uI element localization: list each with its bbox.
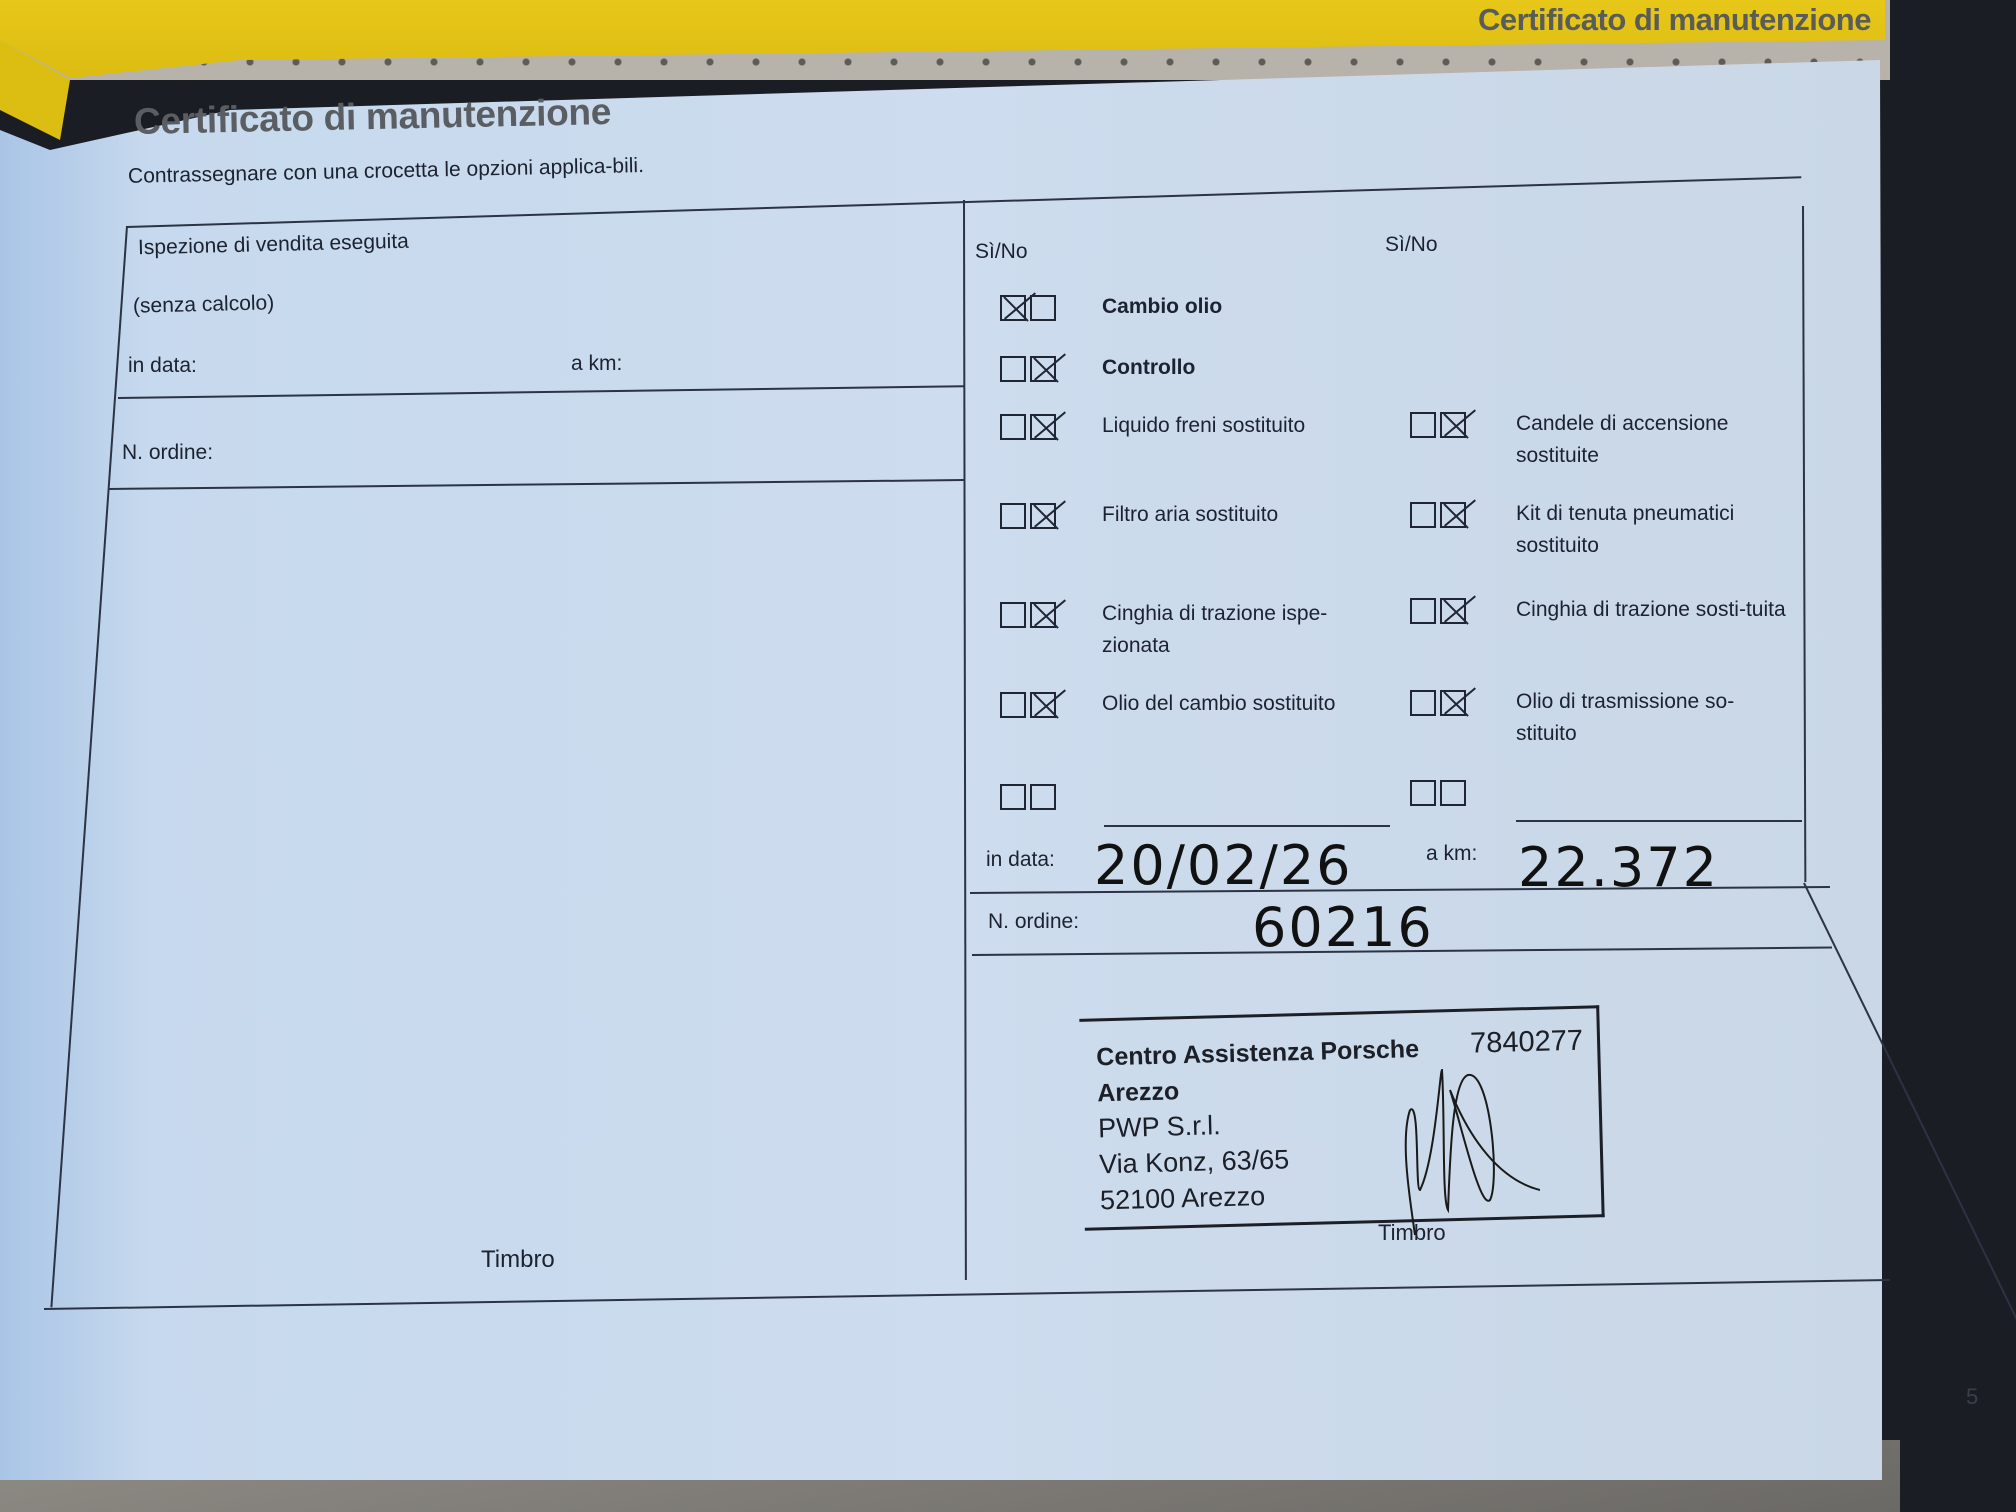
no-checkbox[interactable] [1440,412,1466,438]
no-checkbox[interactable] [1440,598,1466,624]
yes-no-checkbox-pair [1000,295,1056,321]
yes-no-header-right: Sì/No [1385,233,1438,257]
yes-checkbox[interactable] [1000,692,1026,718]
yes-no-checkbox-pair [1410,690,1466,716]
no-checkbox[interactable] [1440,502,1466,528]
no-checkbox[interactable] [1030,414,1056,440]
certificate-page [0,60,1882,1480]
blank-item-underline-left [1104,825,1390,827]
no-checkbox[interactable] [1030,356,1056,382]
no-checkbox[interactable] [1030,692,1056,718]
yes-checkbox[interactable] [1410,690,1436,716]
maintenance-item-label: Cinghia di trazione ispe-​zionata [1102,598,1362,662]
yes-no-checkbox-pair [1000,356,1056,382]
right-date-label: in data: [986,848,1055,872]
yes-no-header-left: Sì/No [975,240,1028,264]
stamp-line-1: Centro Assistenza Porsche [1096,1035,1419,1072]
no-checkbox[interactable] [1440,690,1466,716]
yes-no-checkbox-pair [1000,784,1056,810]
yes-no-checkbox-pair [1000,503,1056,529]
left-date-label: in data: [128,354,197,378]
left-stamp-label: Timbro [481,1246,555,1274]
right-stamp-label: Timbro [1378,1220,1446,1246]
left-km-label: a km: [571,352,622,376]
stamp-line-2: Arezzo [1097,1077,1180,1108]
maintenance-item-label: Cinghia di trazione sosti-​tuita [1516,594,1786,626]
stamp-line-4: Via Konz, 63/65 [1099,1144,1290,1180]
maintenance-item-label: Filtro aria sostituito [1102,499,1362,531]
no-checkbox[interactable] [1030,602,1056,628]
yes-checkbox[interactable] [1410,502,1436,528]
right-km-label: a km: [1426,842,1477,866]
yes-no-checkbox-pair [1000,602,1056,628]
yes-checkbox[interactable] [1000,295,1026,321]
maintenance-item-label: Olio del cambio sostituito [1102,688,1362,720]
yes-checkbox[interactable] [1410,412,1436,438]
left-subheading: (senza calcolo) [133,291,275,318]
yes-checkbox[interactable] [1000,356,1026,382]
stamp-line-3: PWP S.r.l. [1098,1110,1221,1144]
blank-item-underline-right [1516,820,1802,822]
stamp-code: 7840277 [1470,1025,1584,1061]
no-checkbox[interactable] [1030,784,1056,810]
yes-checkbox[interactable] [1410,598,1436,624]
maintenance-item-label: Candele di accensione sostituite [1516,408,1786,472]
yes-checkbox[interactable] [1000,414,1026,440]
yes-no-checkbox-pair [1410,780,1466,806]
yes-checkbox[interactable] [1000,784,1026,810]
page-number: 5 [1966,1384,1978,1410]
handwritten-date: 20/02/26 [1094,834,1353,897]
yes-no-checkbox-pair [1000,692,1056,718]
stamp-line-5: 52100 Arezzo [1100,1181,1266,1216]
yes-checkbox[interactable] [1410,780,1436,806]
signature-icon [1390,1060,1540,1240]
yes-checkbox[interactable] [1000,602,1026,628]
running-header-title: Certificato di manutenzione [1478,2,1871,38]
right-order-label: N. ordine: [988,910,1079,934]
yes-no-checkbox-pair [1410,412,1466,438]
maintenance-item-label: Olio di trasmissione so-​stituito [1516,686,1786,750]
yes-checkbox[interactable] [1000,503,1026,529]
maintenance-item-label: Cambio olio [1102,291,1362,323]
yes-no-checkbox-pair [1410,502,1466,528]
maintenance-item-label: Liquido freni sostituito [1102,410,1362,442]
maintenance-item-label: Controllo [1102,352,1362,384]
yes-no-checkbox-pair [1000,414,1056,440]
no-checkbox[interactable] [1030,295,1056,321]
left-order-label: N. ordine: [122,441,213,465]
yes-no-checkbox-pair [1410,598,1466,624]
no-checkbox[interactable] [1440,780,1466,806]
maintenance-item-label: Kit di tenuta pneumatici sostituito [1516,498,1786,562]
no-checkbox[interactable] [1030,503,1056,529]
